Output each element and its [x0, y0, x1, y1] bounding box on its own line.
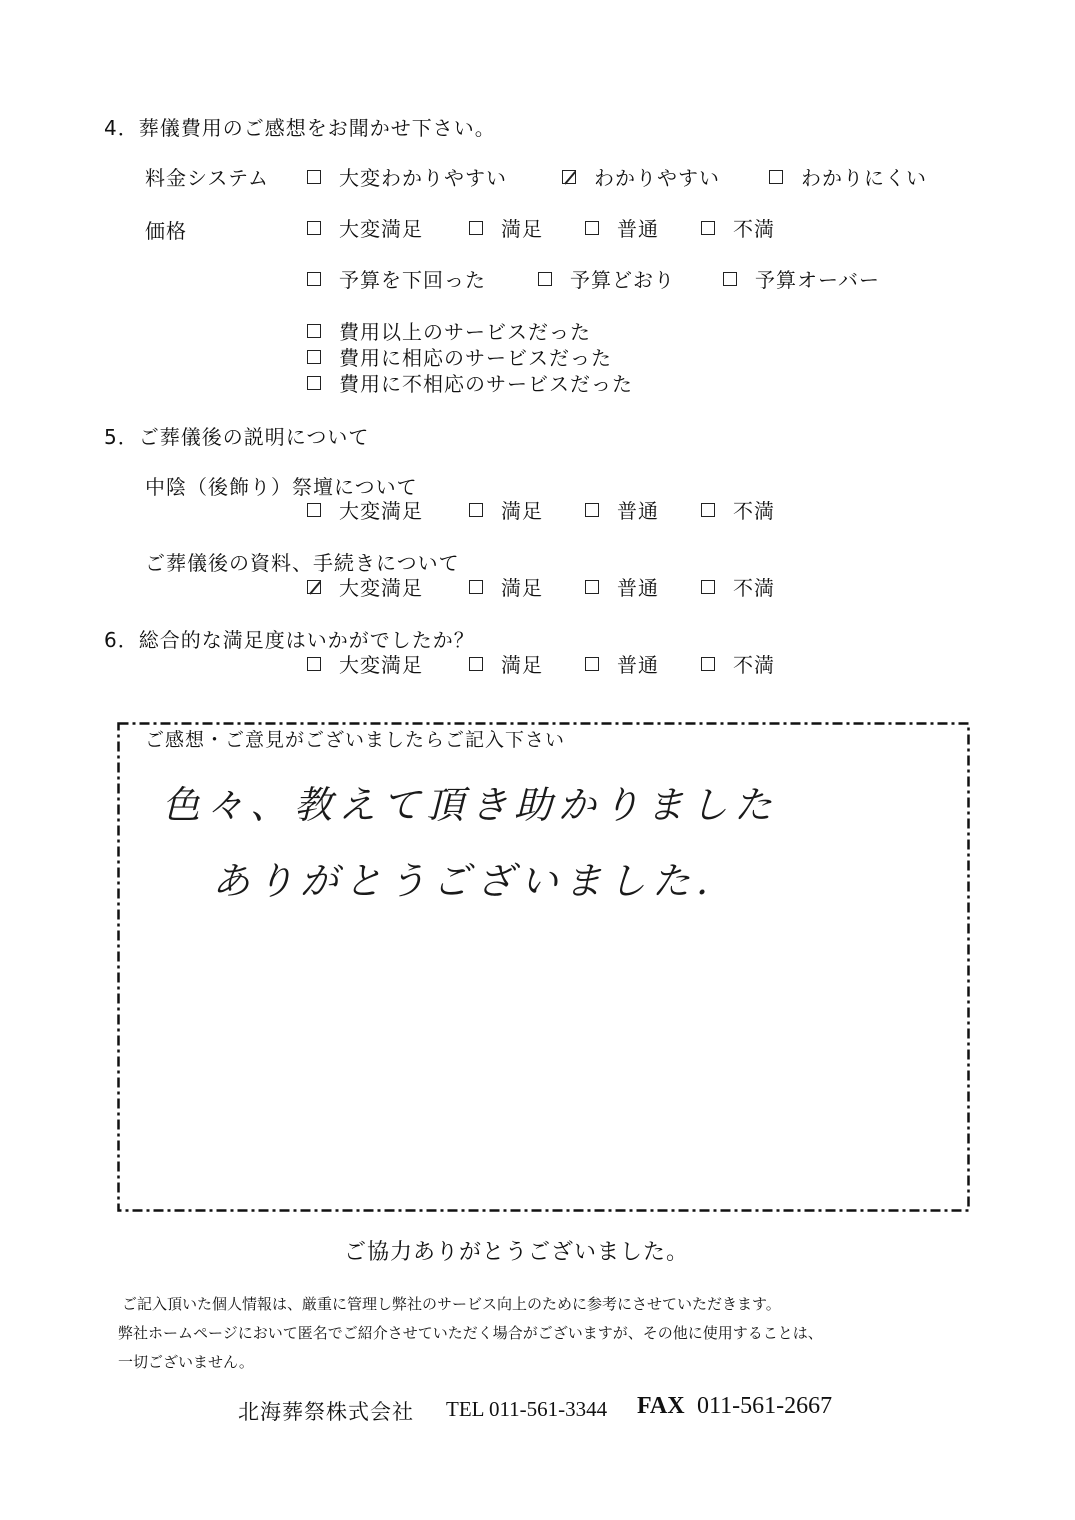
documents-option-2[interactable]: 普通: [585, 572, 659, 601]
altar-option-2[interactable]: 普通: [585, 495, 659, 524]
checkbox[interactable]: [307, 221, 321, 235]
value-option-0[interactable]: 費用以上のサービスだった: [307, 316, 591, 345]
checkbox[interactable]: [701, 657, 715, 671]
comments-prompt: ご感想・ご意見がございましたらご記入下さい: [145, 725, 565, 752]
altar-option-0[interactable]: 大変満足: [307, 495, 423, 524]
checkbox-checked[interactable]: [562, 170, 576, 184]
privacy-note-line-1: ご記入頂いた個人情報は、厳重に管理し弊社のサービス向上のために参考にさせていただ…: [122, 1290, 781, 1319]
value-option-1[interactable]: 費用に相応のサービスだった: [307, 342, 612, 371]
thanks-message: ご協力ありがとうございました。: [344, 1235, 689, 1266]
overall-option-0[interactable]: 大変満足: [307, 649, 423, 678]
checkbox[interactable]: [701, 503, 715, 517]
q5-title: 5．ご葬儀後の説明について: [104, 421, 369, 450]
checkbox[interactable]: [469, 580, 483, 594]
checkbox[interactable]: [307, 324, 321, 338]
privacy-note-line-3: 一切ございません。: [118, 1348, 254, 1377]
checkbox[interactable]: [307, 170, 321, 184]
fee-system-label: 料金システム: [145, 162, 269, 191]
checkbox-checked[interactable]: [307, 580, 321, 594]
handwritten-comment-line-2: ありがとうございました.: [212, 850, 714, 905]
checkbox[interactable]: [538, 272, 552, 286]
fax-label: FAX: [637, 1393, 685, 1420]
checkbox[interactable]: [307, 503, 321, 517]
altar-option-1[interactable]: 満足: [469, 495, 543, 524]
checkbox[interactable]: [585, 503, 599, 517]
checkbox[interactable]: [307, 350, 321, 364]
checkbox[interactable]: [469, 657, 483, 671]
checkbox[interactable]: [469, 503, 483, 517]
documents-option-1[interactable]: 満足: [469, 572, 543, 601]
fax-number: 011-561-2667: [697, 1393, 832, 1420]
price-option-3[interactable]: 不満: [701, 213, 775, 242]
budget-option-2[interactable]: 予算オーバー: [723, 264, 880, 293]
checkbox[interactable]: [585, 657, 599, 671]
price-label: 価格: [145, 215, 187, 244]
checkbox[interactable]: [307, 272, 321, 286]
checkbox[interactable]: [307, 657, 321, 671]
fee-system-option-2[interactable]: わかりにくい: [769, 162, 927, 191]
tel-number: TEL 011-561-3344: [446, 1397, 607, 1422]
checkbox[interactable]: [769, 170, 783, 184]
budget-option-0[interactable]: 予算を下回った: [307, 264, 486, 293]
value-option-2[interactable]: 費用に不相応のサービスだった: [307, 368, 633, 397]
overall-option-2[interactable]: 普通: [585, 649, 659, 678]
q4-title: 4．葬儀費用のご感想をお聞かせ下さい。: [104, 112, 496, 141]
checkbox[interactable]: [701, 221, 715, 235]
fee-system-option-0[interactable]: 大変わかりやすい: [307, 162, 507, 191]
price-option-0[interactable]: 大変満足: [307, 213, 423, 242]
overall-option-1[interactable]: 満足: [469, 649, 543, 678]
company-name: 北海葬祭株式会社: [238, 1396, 414, 1426]
fee-system-option-1[interactable]: わかりやすい: [562, 162, 720, 191]
checkbox[interactable]: [585, 221, 599, 235]
documents-option-0[interactable]: 大変満足: [307, 572, 423, 601]
checkbox[interactable]: [701, 580, 715, 594]
checkbox[interactable]: [723, 272, 737, 286]
privacy-note-line-2: 弊社ホームページにおいて匿名でご紹介させていただく場合がございますが、その他に使…: [118, 1319, 823, 1348]
documents-option-3[interactable]: 不満: [701, 572, 775, 601]
budget-option-1[interactable]: 予算どおり: [538, 264, 675, 293]
comments-box[interactable]: ご感想・ご意見がございましたらご記入下さい 色々、教えて頂き助かりました ありが…: [117, 722, 970, 1212]
checkbox[interactable]: [469, 221, 483, 235]
altar-option-3[interactable]: 不満: [701, 495, 775, 524]
price-option-2[interactable]: 普通: [585, 213, 659, 242]
checkbox[interactable]: [307, 376, 321, 390]
checkbox[interactable]: [585, 580, 599, 594]
overall-option-3[interactable]: 不満: [701, 649, 775, 678]
price-option-1[interactable]: 満足: [469, 213, 543, 242]
handwritten-comment-line-1: 色々、教えて頂き助かりました: [162, 774, 778, 829]
